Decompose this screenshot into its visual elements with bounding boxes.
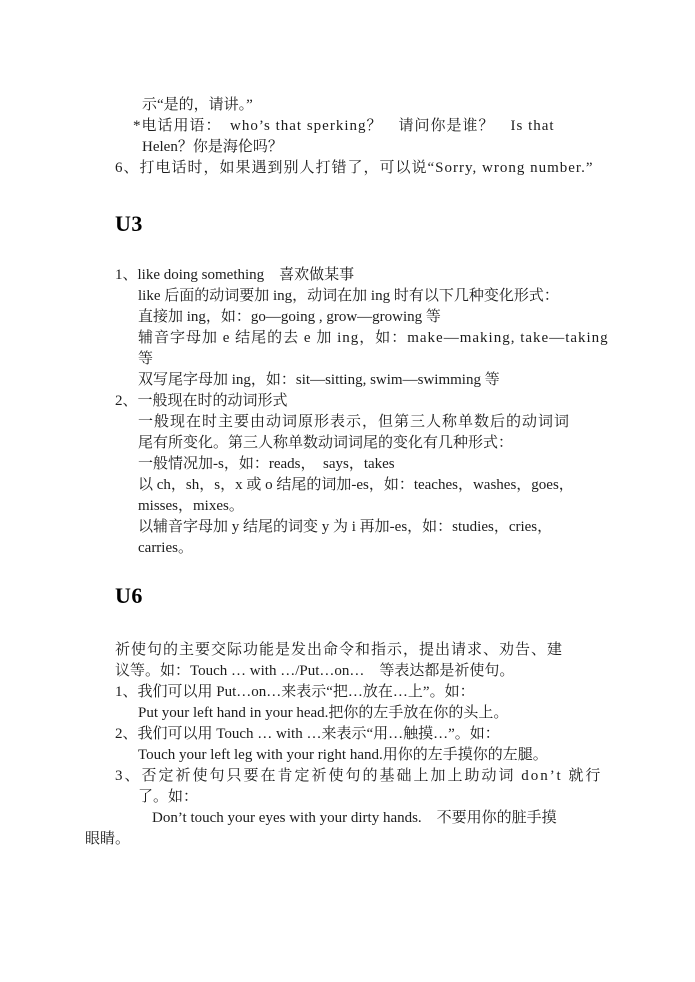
doc-line: misses，mixes。 (85, 496, 590, 517)
doc-line: 一般情况加-s，如：reads， says，takes (85, 454, 590, 475)
phone-section: 示“是的，请讲。” *电话用语： who’s that sperking？ 请问… (85, 95, 590, 179)
doc-line: 6、打电话时，如果遇到别人打错了，可以说“Sorry, wrong number… (85, 158, 590, 179)
doc-line: 等 (85, 349, 590, 370)
doc-line: 以 ch，sh，s，x 或 o 结尾的词加-es，如：teaches，washe… (85, 475, 590, 496)
doc-line: 尾有所变化。第三人称单数动词词尾的变化有几种形式： (85, 433, 590, 454)
document-page: 示“是的，请讲。” *电话用语： who’s that sperking？ 请问… (0, 0, 695, 982)
doc-line: Don’t touch your eyes with your dirty ha… (85, 808, 590, 829)
u3-section: 1、like doing something 喜欢做某事 like 后面的动词要… (85, 265, 590, 559)
doc-line: 祈使句的主要交际功能是发出命令和指示，提出请求、劝告、建 (85, 640, 590, 661)
u6-section: 祈使句的主要交际功能是发出命令和指示，提出请求、劝告、建 议等。如：Touch … (85, 640, 590, 850)
doc-line: 直接加 ing，如：go—going , grow—growing 等 (85, 307, 590, 328)
doc-line: 3、否定祈使句只要在肯定祈使句的基础上加上助动词 don’t 就行 (85, 766, 590, 787)
doc-line: 一般现在时主要由动词原形表示，但第三人称单数后的动词词 (85, 412, 590, 433)
doc-line: carries。 (85, 538, 590, 559)
doc-line: like 后面的动词要加 ing，动词在加 ing 时有以下几种变化形式： (85, 286, 590, 307)
doc-line: 示“是的，请讲。” (85, 95, 590, 116)
doc-line: Helen？你是海伦吗？ (85, 137, 590, 158)
doc-line: *电话用语： who’s that sperking？ 请问你是谁？ Is th… (85, 116, 590, 137)
doc-line: 眼睛。 (85, 829, 590, 850)
doc-line: 2、一般现在时的动词形式 (85, 391, 590, 412)
unit-heading-u3: U3 (85, 213, 590, 235)
text-column: 示“是的，请讲。” *电话用语： who’s that sperking？ 请问… (85, 95, 590, 850)
doc-line: 议等。如：Touch … with …/Put…on… 等表达都是祈使句。 (85, 661, 590, 682)
unit-heading-u6: U6 (85, 585, 590, 607)
doc-line: 了。如： (85, 787, 590, 808)
doc-line: Put your left hand in your head.把你的左手放在你… (85, 703, 590, 724)
doc-line: 以辅音字母加 y 结尾的词变 y 为 i 再加-es，如：studies，cri… (85, 517, 590, 538)
doc-line: 1、like doing something 喜欢做某事 (85, 265, 590, 286)
doc-line: 2、我们可以用 Touch … with …来表示“用…触摸…”。如： (85, 724, 590, 745)
doc-line: 1、我们可以用 Put…on…来表示“把…放在…上”。如： (85, 682, 590, 703)
doc-line: 辅音字母加 e 结尾的去 e 加 ing，如：make—making, take… (85, 328, 590, 349)
doc-line: 双写尾字母加 ing，如：sit—sitting, swim—swimming … (85, 370, 590, 391)
doc-line: Touch your left leg with your right hand… (85, 745, 590, 766)
